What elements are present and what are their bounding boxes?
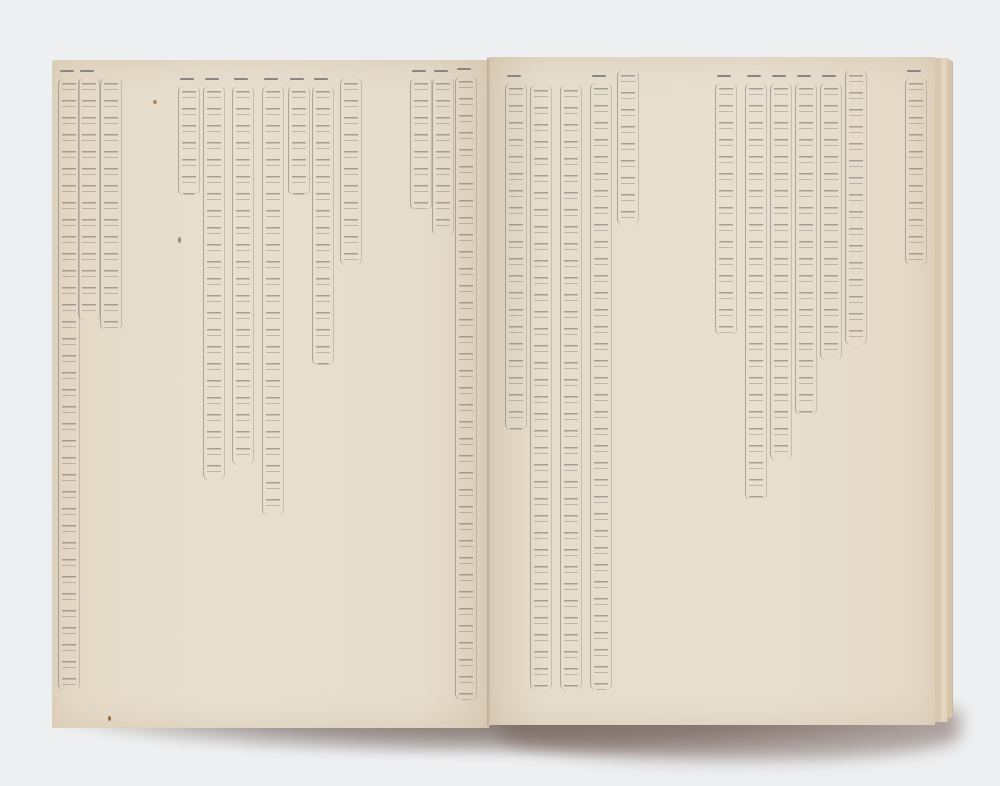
- handwritten-column: [288, 78, 310, 195]
- item-dash-mark: [234, 78, 248, 80]
- pencil-script: [455, 76, 477, 700]
- item-dash-mark: [747, 75, 761, 77]
- handwritten-column: [560, 85, 582, 690]
- pencil-script: [560, 85, 582, 690]
- handwritten-column: [262, 78, 284, 515]
- pencil-script: [820, 83, 842, 360]
- handwritten-column: [715, 75, 737, 335]
- item-dash-mark: [772, 75, 786, 77]
- pencil-script: [58, 78, 80, 690]
- pencil-script: [340, 78, 362, 265]
- handwritten-column: [770, 75, 792, 460]
- item-dash-mark: [907, 70, 921, 72]
- handwritten-column: [78, 70, 100, 320]
- handwritten-column: [100, 78, 122, 330]
- pencil-script: [845, 70, 867, 345]
- item-dash-mark: [180, 78, 194, 80]
- handwritten-column: [845, 70, 867, 345]
- pencil-script: [715, 83, 737, 335]
- item-dash-mark: [60, 70, 74, 72]
- item-dash-mark: [507, 75, 521, 77]
- right-page: [489, 57, 935, 725]
- pencil-script: [312, 86, 334, 365]
- item-dash-mark: [290, 78, 304, 80]
- item-dash-mark: [264, 78, 278, 80]
- pencil-script: [530, 85, 552, 690]
- pencil-script: [203, 86, 225, 480]
- pencil-script: [795, 83, 817, 415]
- handwritten-column: [505, 75, 527, 430]
- handwritten-column: [432, 70, 454, 235]
- pencil-script: [590, 83, 612, 690]
- handwritten-column: [820, 75, 842, 360]
- item-dash-mark: [314, 78, 328, 80]
- pencil-script: [617, 70, 639, 225]
- item-dash-mark: [412, 70, 426, 72]
- page-edge: [947, 60, 953, 718]
- item-dash-mark: [822, 75, 836, 77]
- item-dash-mark: [80, 70, 94, 72]
- handwritten-column: [745, 75, 767, 500]
- handwritten-column: [178, 78, 200, 195]
- handwritten-column: [312, 78, 334, 365]
- handwritten-column: [530, 85, 552, 690]
- pencil-script: [288, 86, 310, 195]
- pencil-script: [178, 86, 200, 195]
- handwritten-column: [410, 70, 432, 210]
- item-dash-mark: [797, 75, 811, 77]
- book-gutter: [487, 58, 490, 726]
- handwritten-column: [795, 75, 817, 415]
- pencil-script: [905, 78, 927, 265]
- pencil-script: [410, 78, 432, 210]
- item-dash-mark: [205, 78, 219, 80]
- handwritten-column: [232, 78, 254, 465]
- paper-stain: [153, 100, 157, 104]
- handwritten-column: [203, 78, 225, 480]
- handwritten-column: [455, 68, 477, 700]
- handwritten-column: [590, 75, 612, 690]
- paper-stain: [108, 716, 111, 721]
- pencil-script: [262, 86, 284, 515]
- pencil-script: [432, 78, 454, 235]
- item-dash-mark: [434, 70, 448, 72]
- pencil-script: [745, 83, 767, 500]
- pencil-script: [770, 83, 792, 460]
- item-dash-mark: [592, 75, 606, 77]
- pencil-script: [232, 86, 254, 465]
- item-dash-mark: [717, 75, 731, 77]
- item-dash-mark: [457, 68, 471, 70]
- paper-stain: [178, 237, 181, 243]
- handwritten-column: [905, 70, 927, 265]
- pencil-script: [78, 78, 100, 320]
- handwritten-column: [340, 78, 362, 265]
- pencil-script: [100, 78, 122, 330]
- handwritten-column: [617, 70, 639, 225]
- pencil-script: [505, 83, 527, 430]
- handwritten-column: [58, 70, 80, 690]
